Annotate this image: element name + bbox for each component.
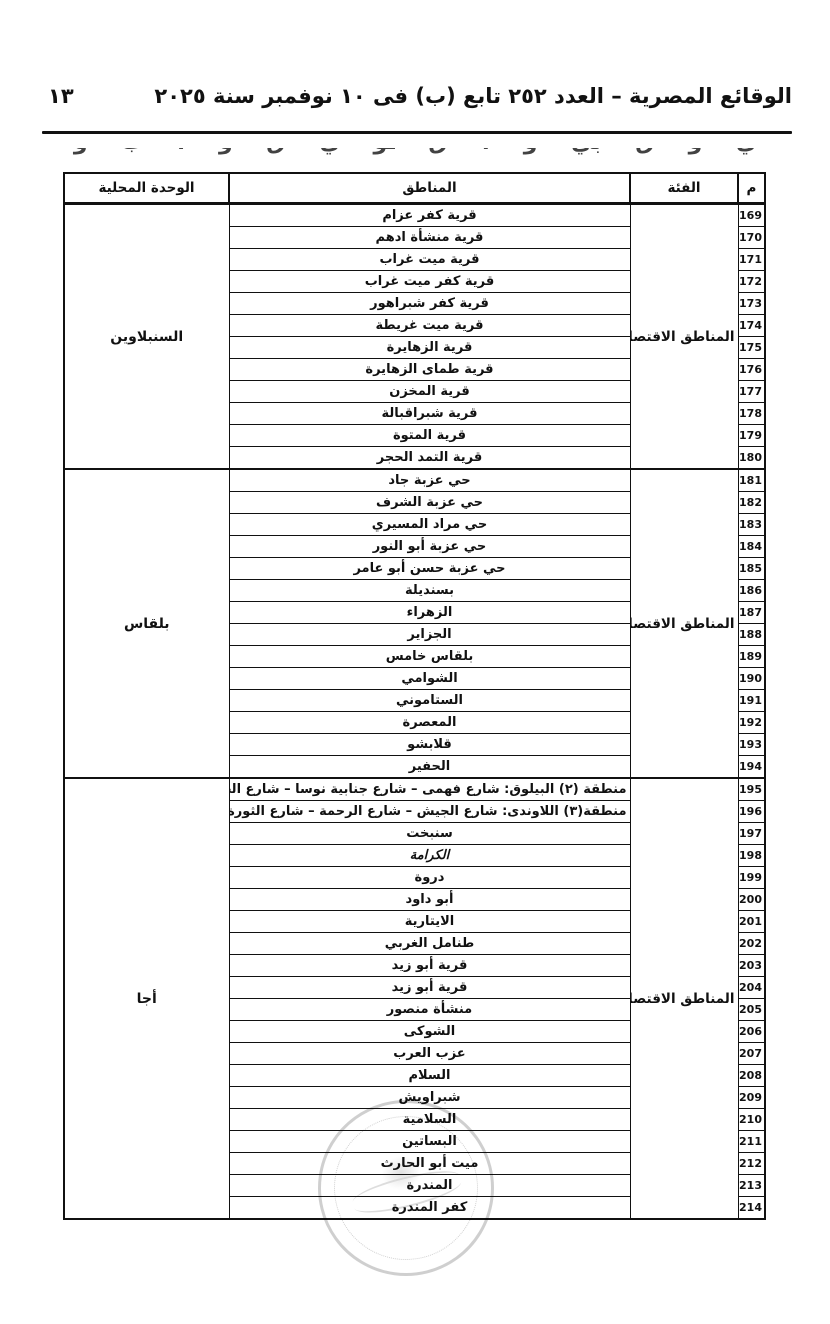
region-cell: قرية كفر عزام: [229, 204, 630, 227]
table-row: 195المناطق الاقتصاديةمنطقة (٢) البيلوق: …: [64, 778, 765, 801]
region-cell: طنامل الغربي: [229, 933, 630, 955]
row-number: 202: [738, 933, 765, 955]
row-number: 197: [738, 823, 765, 845]
row-number: 200: [738, 889, 765, 911]
region-cell: الجزاير: [229, 624, 630, 646]
row-number: 177: [738, 381, 765, 403]
region-cell: الشوكى: [229, 1021, 630, 1043]
region-cell: قرية أبو زيد: [229, 977, 630, 999]
row-number: 211: [738, 1131, 765, 1153]
column-header-local-unit: الوحدة المحلية: [64, 173, 229, 204]
gazette-title: الوقائع المصرية – العدد ٢٥٢ تابع (ب) فى …: [154, 84, 792, 108]
column-header-number: م: [738, 173, 765, 204]
region-cell: حي مراد المسيري: [229, 514, 630, 536]
region-cell: الشوامي: [229, 668, 630, 690]
row-number: 190: [738, 668, 765, 690]
region-cell: قرية منشأة ادهم: [229, 227, 630, 249]
row-number: 198: [738, 845, 765, 867]
row-number: 172: [738, 271, 765, 293]
row-number: 214: [738, 1197, 765, 1220]
row-number: 209: [738, 1087, 765, 1109]
row-number: 184: [738, 536, 765, 558]
row-number: 194: [738, 756, 765, 779]
region-cell: بلقاس خامس: [229, 646, 630, 668]
column-header-category: الفئة: [630, 173, 738, 204]
region-cell: قرية ميت غراب: [229, 249, 630, 271]
row-number: 191: [738, 690, 765, 712]
category-cell: المناطق الاقتصادية: [630, 778, 738, 1219]
region-cell: حي عزبة حسن أبو عامر: [229, 558, 630, 580]
row-number: 185: [738, 558, 765, 580]
page-number: ١٣: [42, 84, 74, 108]
region-cell: منطقة (٢) البيلوق: شارع فهمى – شارع جناب…: [229, 778, 630, 801]
region-cell: بسنديلة: [229, 580, 630, 602]
row-number: 175: [738, 337, 765, 359]
region-cell: الحفير: [229, 756, 630, 779]
region-cell: قرية شبراقبالة: [229, 403, 630, 425]
region-cell: سنبخت: [229, 823, 630, 845]
region-cell: قرية كفر ميت غراب: [229, 271, 630, 293]
category-cell: المناطق الاقتصادية: [630, 469, 738, 778]
row-number: 199: [738, 867, 765, 889]
region-cell: المعصرة: [229, 712, 630, 734]
row-number: 193: [738, 734, 765, 756]
row-number: 169: [738, 204, 765, 227]
region-cell: قرية المتوة: [229, 425, 630, 447]
row-number: 181: [738, 469, 765, 492]
region-cell: قرية طماى الزهايرة: [229, 359, 630, 381]
region-cell: السلامية: [229, 1109, 630, 1131]
row-number: 210: [738, 1109, 765, 1131]
region-cell: ميت أبو الحارث: [229, 1153, 630, 1175]
row-number: 213: [738, 1175, 765, 1197]
gazette-page: الوقائع المصرية – العدد ٢٥٢ تابع (ب) فى …: [0, 0, 830, 1324]
table-row: 181المناطق الاقتصاديةحي عزبة جادبلقاس: [64, 469, 765, 492]
region-cell: قرية المخزن: [229, 381, 630, 403]
region-cell: قرية ميت غريطة: [229, 315, 630, 337]
region-cell: البساتين: [229, 1131, 630, 1153]
region-cell: السلام: [229, 1065, 630, 1087]
row-number: 207: [738, 1043, 765, 1065]
row-number: 182: [738, 492, 765, 514]
row-number: 170: [738, 227, 765, 249]
region-cell: قلابشو: [229, 734, 630, 756]
region-cell: قرية كفر شبراهور: [229, 293, 630, 315]
region-cell: قرية التمد الحجر: [229, 447, 630, 470]
regions-table-container: م الفئة المناطق الوحدة المحلية 169المناط…: [63, 172, 766, 1220]
row-number: 212: [738, 1153, 765, 1175]
region-cell: الايتارية: [229, 911, 630, 933]
row-number: 201: [738, 911, 765, 933]
column-header-regions: المناطق: [229, 173, 630, 204]
region-cell: منطقة(٣) اللاوندى: شارع الجيش – شارع الر…: [229, 801, 630, 823]
header-divider: [42, 131, 792, 134]
region-cell: دروة: [229, 867, 630, 889]
region-cell: حي عزبة جاد: [229, 469, 630, 492]
region-cell: المندرة: [229, 1175, 630, 1197]
local-unit-cell: أجا: [64, 778, 229, 1219]
row-number: 173: [738, 293, 765, 315]
region-cell: أبو داود: [229, 889, 630, 911]
row-number: 186: [738, 580, 765, 602]
row-number: 205: [738, 999, 765, 1021]
row-number: 192: [738, 712, 765, 734]
row-number: 187: [738, 602, 765, 624]
clipped-text-artifact: ي و ق بي و ، ق ـو ي ق و ، ب و ي: [70, 148, 760, 163]
row-number: 189: [738, 646, 765, 668]
regions-table: م الفئة المناطق الوحدة المحلية 169المناط…: [63, 172, 766, 1220]
region-cell: قرية أبو زيد: [229, 955, 630, 977]
region-cell: الكرامة: [229, 845, 630, 867]
region-cell: حي عزبة الشرف: [229, 492, 630, 514]
region-cell: شبراويش: [229, 1087, 630, 1109]
region-cell: منشأة منصور: [229, 999, 630, 1021]
row-number: 188: [738, 624, 765, 646]
row-number: 195: [738, 778, 765, 801]
row-number: 171: [738, 249, 765, 271]
row-number: 204: [738, 977, 765, 999]
region-cell: حي عزبة أبو النور: [229, 536, 630, 558]
table-header-row: م الفئة المناطق الوحدة المحلية: [64, 173, 765, 204]
row-number: 179: [738, 425, 765, 447]
row-number: 174: [738, 315, 765, 337]
row-number: 196: [738, 801, 765, 823]
region-cell: الستاموني: [229, 690, 630, 712]
category-cell: المناطق الاقتصادية: [630, 204, 738, 470]
row-number: 206: [738, 1021, 765, 1043]
local-unit-cell: بلقاس: [64, 469, 229, 778]
local-unit-cell: السنبلاوين: [64, 204, 229, 470]
row-number: 183: [738, 514, 765, 536]
row-number: 180: [738, 447, 765, 470]
row-number: 178: [738, 403, 765, 425]
row-number: 203: [738, 955, 765, 977]
row-number: 176: [738, 359, 765, 381]
region-cell: الزهراء: [229, 602, 630, 624]
page-header: الوقائع المصرية – العدد ٢٥٢ تابع (ب) فى …: [42, 84, 792, 108]
row-number: 208: [738, 1065, 765, 1087]
region-cell: كفر المندرة: [229, 1197, 630, 1220]
region-cell: عزب العرب: [229, 1043, 630, 1065]
region-cell: قرية الزهايرة: [229, 337, 630, 359]
table-row: 169المناطق الاقتصاديةقرية كفر عزامالسنبل…: [64, 204, 765, 227]
